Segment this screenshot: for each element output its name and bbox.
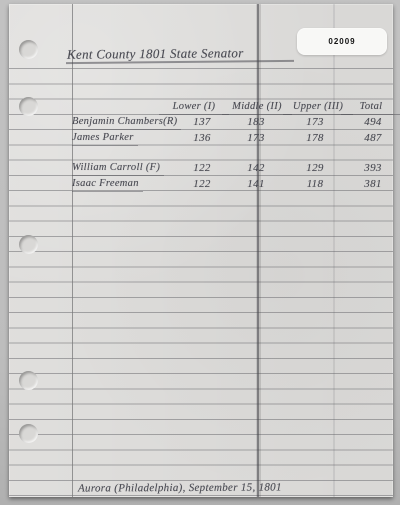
catalog-number-label: 02009: [297, 28, 387, 55]
vote-count-lower: 122: [177, 161, 227, 175]
punch-hole: [19, 40, 38, 59]
scanned-notebook-page: 02009 Kent County 1801 State Senator Low…: [9, 4, 393, 497]
candidate-name: Benjamin Chambers(R): [72, 115, 181, 130]
punch-hole: [19, 235, 38, 254]
vote-count-lower: 122: [177, 177, 227, 191]
punch-hole: [19, 97, 38, 116]
column-header-total: Total: [341, 100, 400, 115]
column-header-middle: Middle (II): [222, 100, 292, 115]
vote-count-upper: 173: [290, 115, 340, 129]
faint-fold-crease-icon: [333, 4, 335, 497]
fold-crease-icon: [257, 4, 259, 497]
vote-count-middle: 183: [231, 115, 281, 129]
vote-count-lower: 136: [177, 131, 227, 145]
vote-count-lower: 137: [177, 115, 227, 129]
candidate-name: William Carroll (F): [72, 161, 164, 176]
vote-count-middle: 142: [231, 161, 281, 175]
total-votes: 381: [348, 177, 398, 191]
column-header-lower: Lower (I): [159, 100, 229, 115]
punch-hole: [19, 424, 38, 443]
candidate-name: Isaac Freeman: [72, 177, 143, 192]
total-votes: 487: [348, 131, 398, 145]
total-votes: 494: [348, 115, 398, 129]
punch-hole: [19, 371, 38, 390]
source-citation: Aurora (Philadelphia), September 15, 180…: [78, 480, 282, 495]
vote-count-middle: 141: [231, 177, 281, 191]
vote-count-upper: 118: [290, 177, 340, 191]
candidate-name: James Parker: [72, 131, 138, 146]
margin-line: [72, 4, 73, 497]
vote-count-middle: 173: [231, 131, 281, 145]
vote-count-upper: 129: [290, 161, 340, 175]
vote-count-upper: 178: [290, 131, 340, 145]
total-votes: 393: [348, 161, 398, 175]
